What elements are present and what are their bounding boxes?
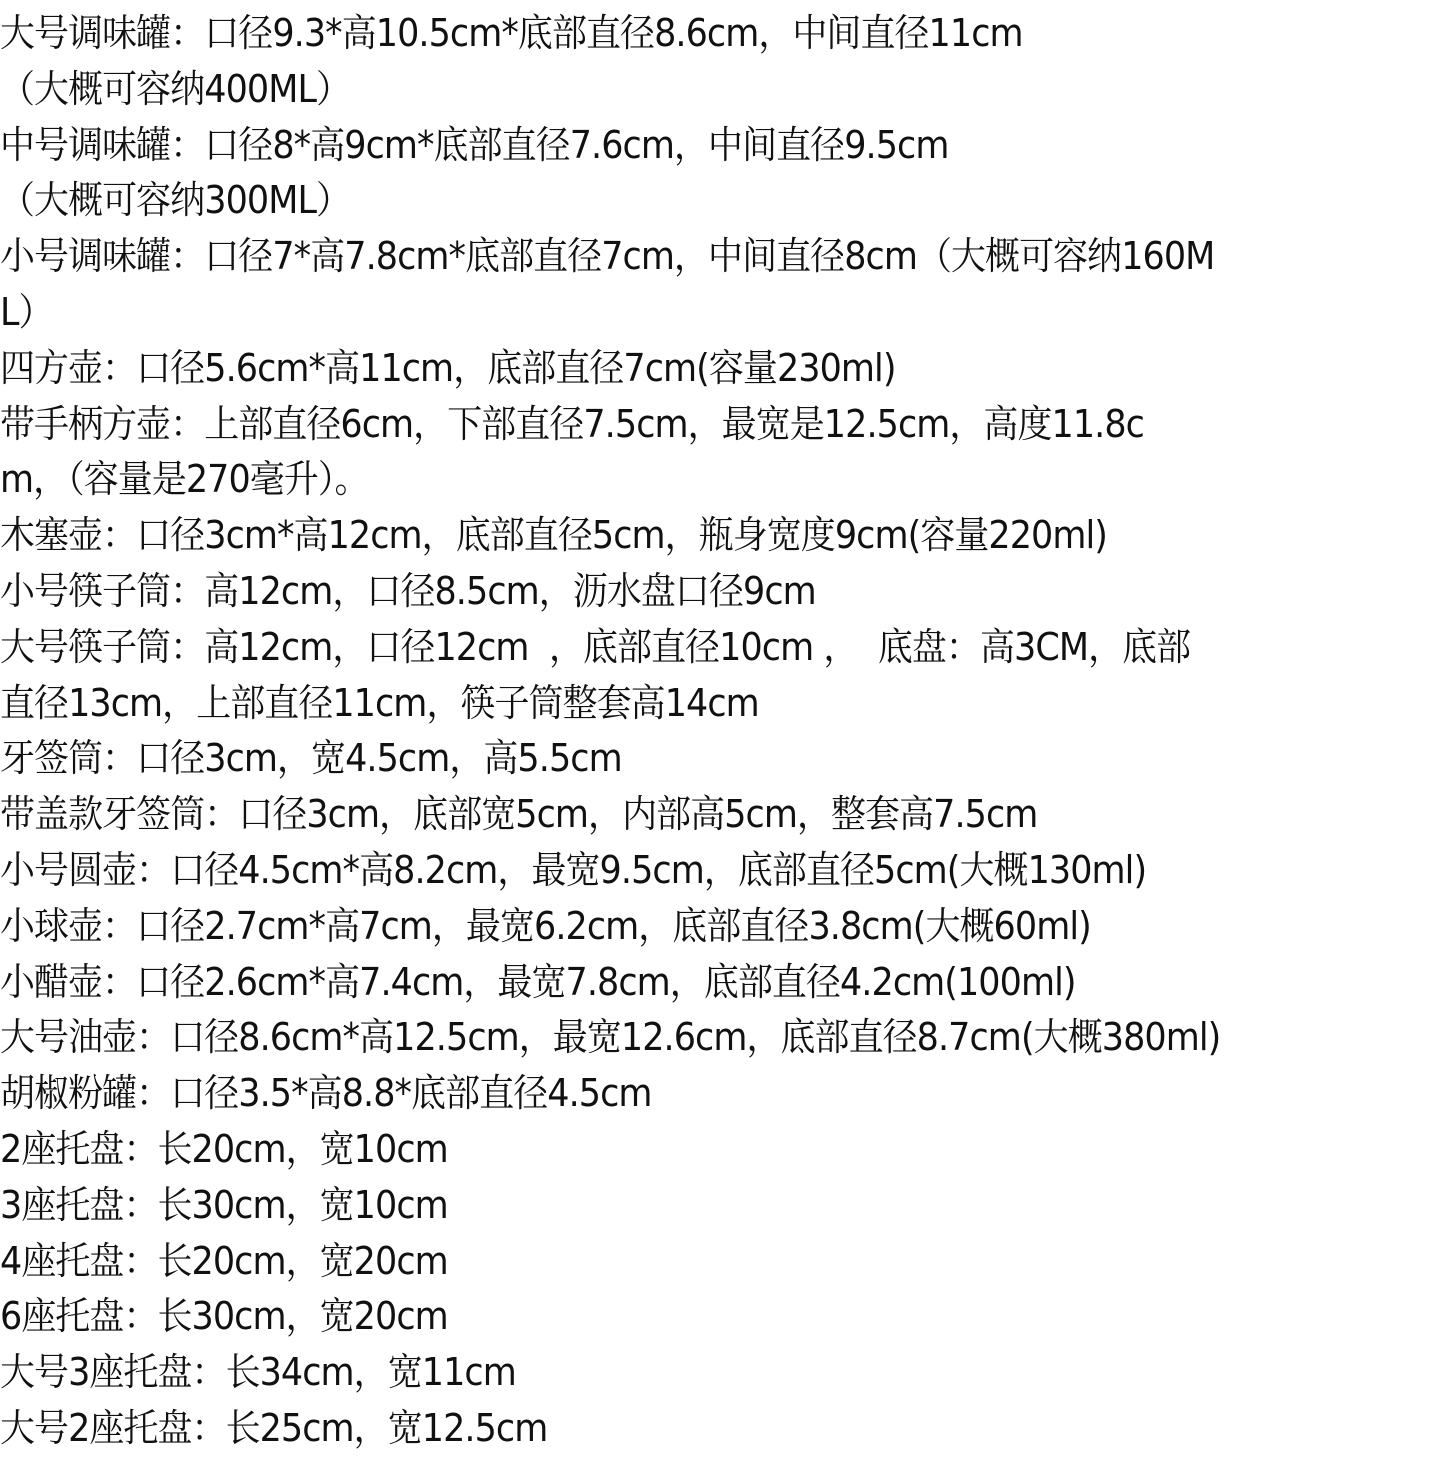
text-line-large-3-seat-tray: 大号3座托盘：长34cm，宽11cm — [0, 1345, 1329, 1401]
text-line-large-seasoning-jar-capacity: （大概可容纳400ML） — [0, 62, 1329, 118]
text-line-small-seasoning-jar-wrap: L） — [0, 285, 1329, 341]
text-line-small-vinegar-pot: 小醋壶：口径2.6cm*高7.4cm，最宽7.8cm，底部直径4.2cm(100… — [0, 955, 1329, 1011]
text-line-small-chopstick-holder: 小号筷子筒：高12cm，口径8.5cm，沥水盘口径9cm — [0, 564, 1329, 620]
text-line-toothpick-holder: 牙签筒：口径3cm，宽4.5cm，高5.5cm — [0, 731, 1329, 787]
text-line-handled-square-pot: 带手柄方壶：上部直径6cm，下部直径7.5cm，最宽是12.5cm，高度11.8… — [0, 397, 1329, 453]
text-line-large-oil-pot: 大号油壶：口径8.6cm*高12.5cm，最宽12.6cm，底部直径8.7cm(… — [0, 1010, 1329, 1066]
text-line-small-seasoning-jar: 小号调味罐：口径7*高7.8cm*底部直径7cm，中间直径8cm（大概可容纳16… — [0, 229, 1329, 285]
text-line-3-seat-tray: 3座托盘：长30cm，宽10cm — [0, 1178, 1329, 1234]
text-line-pepper-jar: 胡椒粉罐：口径3.5*高8.8*底部直径4.5cm — [0, 1066, 1329, 1122]
text-line-handled-square-pot-wrap: m，（容量是270毫升）。 — [0, 452, 1329, 508]
text-line-large-chopstick-holder: 大号筷子筒：高12cm，口径12cm ，底部直径10cm ， 底盘：高3CM，底… — [0, 620, 1329, 676]
text-line-small-ball-pot: 小球壶：口径2.7cm*高7cm，最宽6.2cm，底部直径3.8cm(大概60m… — [0, 899, 1329, 955]
text-line-medium-seasoning-jar: 中号调味罐：口径8*高9cm*底部直径7.6cm，中间直径9.5cm — [0, 118, 1329, 174]
text-line-large-chopstick-holder-wrap: 直径13cm，上部直径11cm，筷子筒整套高14cm — [0, 676, 1329, 732]
text-line-2-seat-tray: 2座托盘：长20cm，宽10cm — [0, 1122, 1329, 1178]
text-line-cork-pot: 木塞壶：口径3cm*高12cm，底部直径5cm，瓶身宽度9cm(容量220ml) — [0, 508, 1329, 564]
text-line-large-2-seat-tray: 大号2座托盘：长25cm，宽12.5cm — [0, 1401, 1329, 1457]
text-line-square-pot: 四方壶：口径5.6cm*高11cm，底部直径7cm(容量230ml) — [0, 341, 1329, 397]
product-dimensions-document: 大号调味罐：口径9.3*高10.5cm*底部直径8.6cm，中间直径11cm （… — [0, 6, 1445, 1457]
text-line-lidded-toothpick-holder: 带盖款牙签筒：口径3cm，底部宽5cm，内部高5cm，整套高7.5cm — [0, 787, 1329, 843]
text-line-medium-seasoning-jar-capacity: （大概可容纳300ML） — [0, 173, 1329, 229]
text-line-6-seat-tray: 6座托盘：长30cm，宽20cm — [0, 1289, 1329, 1345]
text-line-4-seat-tray: 4座托盘：长20cm，宽20cm — [0, 1234, 1329, 1290]
text-line-small-round-pot: 小号圆壶：口径4.5cm*高8.2cm，最宽9.5cm，底部直径5cm(大概13… — [0, 843, 1329, 899]
text-line-large-seasoning-jar: 大号调味罐：口径9.3*高10.5cm*底部直径8.6cm，中间直径11cm — [0, 6, 1329, 62]
